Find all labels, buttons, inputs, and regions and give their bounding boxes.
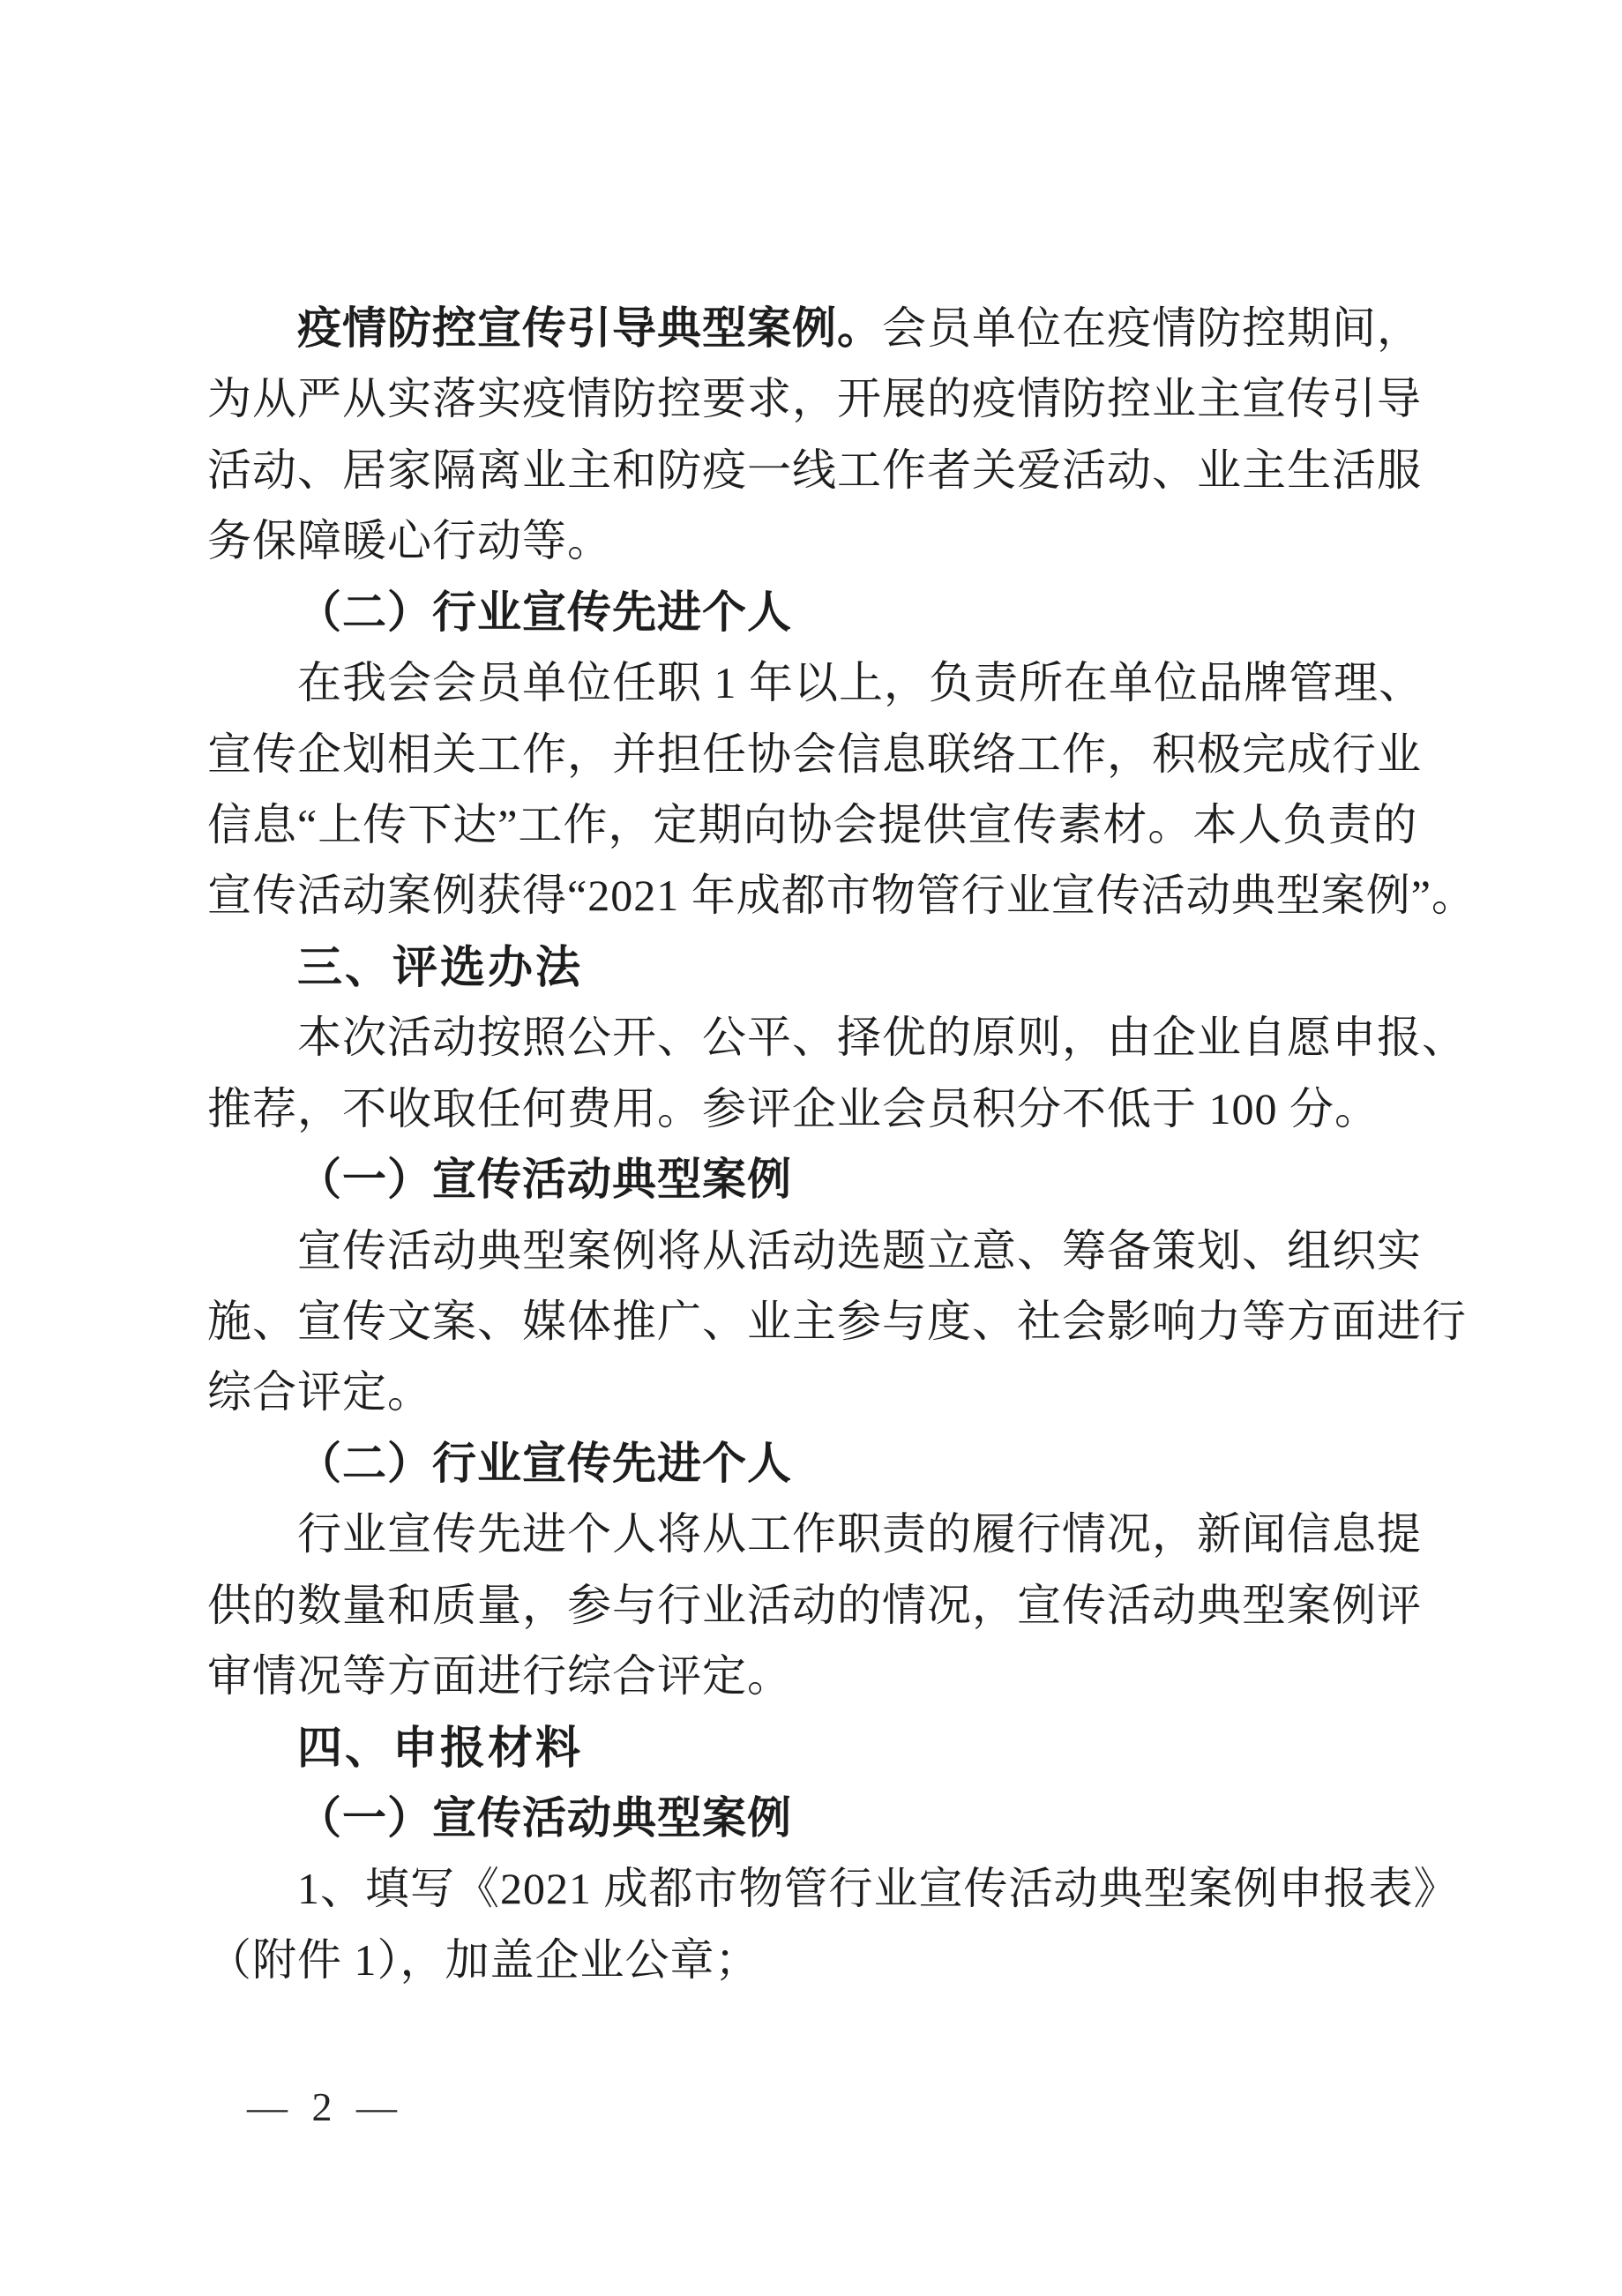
text-block: 疫情防控宣传引导典型案例。会员单位在疫情防控期间，为从严从实落实疫情防控要求，开… — [207, 293, 1407, 2039]
body-text: 施、宣传文案、媒体推广、业主参与度、社会影响力等方面进行 — [207, 1297, 1467, 1346]
body-text: 信息“上传下达”工作，定期向协会提供宣传素材。本人负责的 — [207, 800, 1417, 849]
text-line: 推荐，不收取任何费用。参评企业会员积分不低于 100 分。 — [207, 1073, 1407, 1145]
text-line: 宣传活动典型案例将从活动选题立意、筹备策划、组织实 — [207, 1215, 1407, 1287]
body-text: 活动、居家隔离业主和防疫一线工作者关爱活动、业主生活服 — [207, 445, 1422, 495]
text-line: 本次活动按照公开、公平、择优的原则，由企业自愿申报、 — [207, 1002, 1407, 1073]
text-line: 三、评选办法 — [207, 931, 1407, 1003]
heading-text: （二）行业宣传先进个人 — [297, 1439, 792, 1488]
body-text: 本次活动按照公开、公平、择优的原则，由企业自愿申报、 — [297, 1013, 1467, 1062]
heading-text: 四、申报材料 — [297, 1723, 583, 1773]
heading-text: 三、评选办法 — [297, 942, 583, 992]
text-line: 在我会会员单位任职 1 年以上，负责所在单位品牌管理、 — [207, 647, 1407, 719]
body-text: 1、填写《2021 成都市物管行业宣传活动典型案例申报表》 — [297, 1864, 1459, 1913]
text-line: 疫情防控宣传引导典型案例。会员单位在疫情防控期间， — [207, 293, 1407, 364]
body-text: （附件 1），加盖企业公章； — [207, 1935, 760, 1985]
body-text: 推荐，不收取任何费用。参评企业会员积分不低于 100 分。 — [207, 1084, 1379, 1133]
body-text: 宣传企划相关工作，并担任协会信息联络工作，积极完成行业 — [207, 729, 1422, 779]
text-line: 宣传活动案例获得“2021 年成都市物管行业宣传活动典型案例”。 — [207, 860, 1407, 931]
text-line: 施、宣传文案、媒体推广、业主参与度、社会影响力等方面进行 — [207, 1286, 1407, 1357]
body-text: 行业宣传先进个人将从工作职责的履行情况，新闻信息提 — [297, 1509, 1422, 1559]
heading-text: （一）宣传活动典型案例 — [297, 1793, 792, 1843]
heading-text: （一）宣传活动典型案例 — [297, 1155, 792, 1204]
text-line: 供的数量和质量，参与行业活动的情况，宣传活动典型案例评 — [207, 1570, 1407, 1642]
text-line: 宣传企划相关工作，并担任协会信息联络工作，积极完成行业 — [207, 719, 1407, 790]
body-text: 审情况等方面进行综合评定。 — [207, 1651, 792, 1701]
document-page: 疫情防控宣传引导典型案例。会员单位在疫情防控期间，为从严从实落实疫情防控要求，开… — [0, 0, 1622, 2296]
body-text: 会员单位在疫情防控期间， — [882, 303, 1422, 353]
text-line: 务保障暖心行动等。 — [207, 505, 1407, 577]
text-line: 活动、居家隔离业主和防疫一线工作者关爱活动、业主生活服 — [207, 435, 1407, 506]
body-text: 在我会会员单位任职 1 年以上，负责所在单位品牌管理、 — [297, 658, 1424, 707]
text-line: （二）行业宣传先进个人 — [207, 1428, 1407, 1500]
text-line: 四、申报材料 — [207, 1712, 1407, 1784]
text-line: 信息“上传下达”工作，定期向协会提供宣传素材。本人负责的 — [207, 789, 1407, 861]
text-line: 1、填写《2021 成都市物管行业宣传活动典型案例申报表》 — [207, 1853, 1407, 1925]
body-text: 为从严从实落实疫情防控要求，开展的疫情防控业主宣传引导 — [207, 374, 1422, 423]
body-text: 务保障暖心行动等。 — [207, 516, 612, 565]
body-text: 综合评定。 — [207, 1367, 432, 1417]
text-line: （二）行业宣传先进个人 — [207, 577, 1407, 648]
body-text: 宣传活动典型案例将从活动选题立意、筹备策划、组织实 — [297, 1226, 1422, 1275]
body-text: 供的数量和质量，参与行业活动的情况，宣传活动典型案例评 — [207, 1581, 1422, 1630]
text-line: （一）宣传活动典型案例 — [207, 1144, 1407, 1215]
text-line: 为从严从实落实疫情防控要求，开展的疫情防控业主宣传引导 — [207, 363, 1407, 435]
body-text: 宣传活动案例获得“2021 年成都市物管行业宣传活动典型案例”。 — [207, 871, 1476, 920]
text-line: （附件 1），加盖企业公章； — [207, 1925, 1407, 1996]
text-line: 综合评定。 — [207, 1357, 1407, 1428]
heading-text: （二）行业宣传先进个人 — [297, 587, 792, 637]
text-line: 审情况等方面进行综合评定。 — [207, 1641, 1407, 1712]
text-line: 行业宣传先进个人将从工作职责的履行情况，新闻信息提 — [207, 1499, 1407, 1570]
heading-text: 疫情防控宣传引导典型案例。 — [297, 303, 882, 353]
page-number: — 2 — — [247, 2083, 404, 2130]
text-line: （一）宣传活动典型案例 — [207, 1783, 1407, 1854]
